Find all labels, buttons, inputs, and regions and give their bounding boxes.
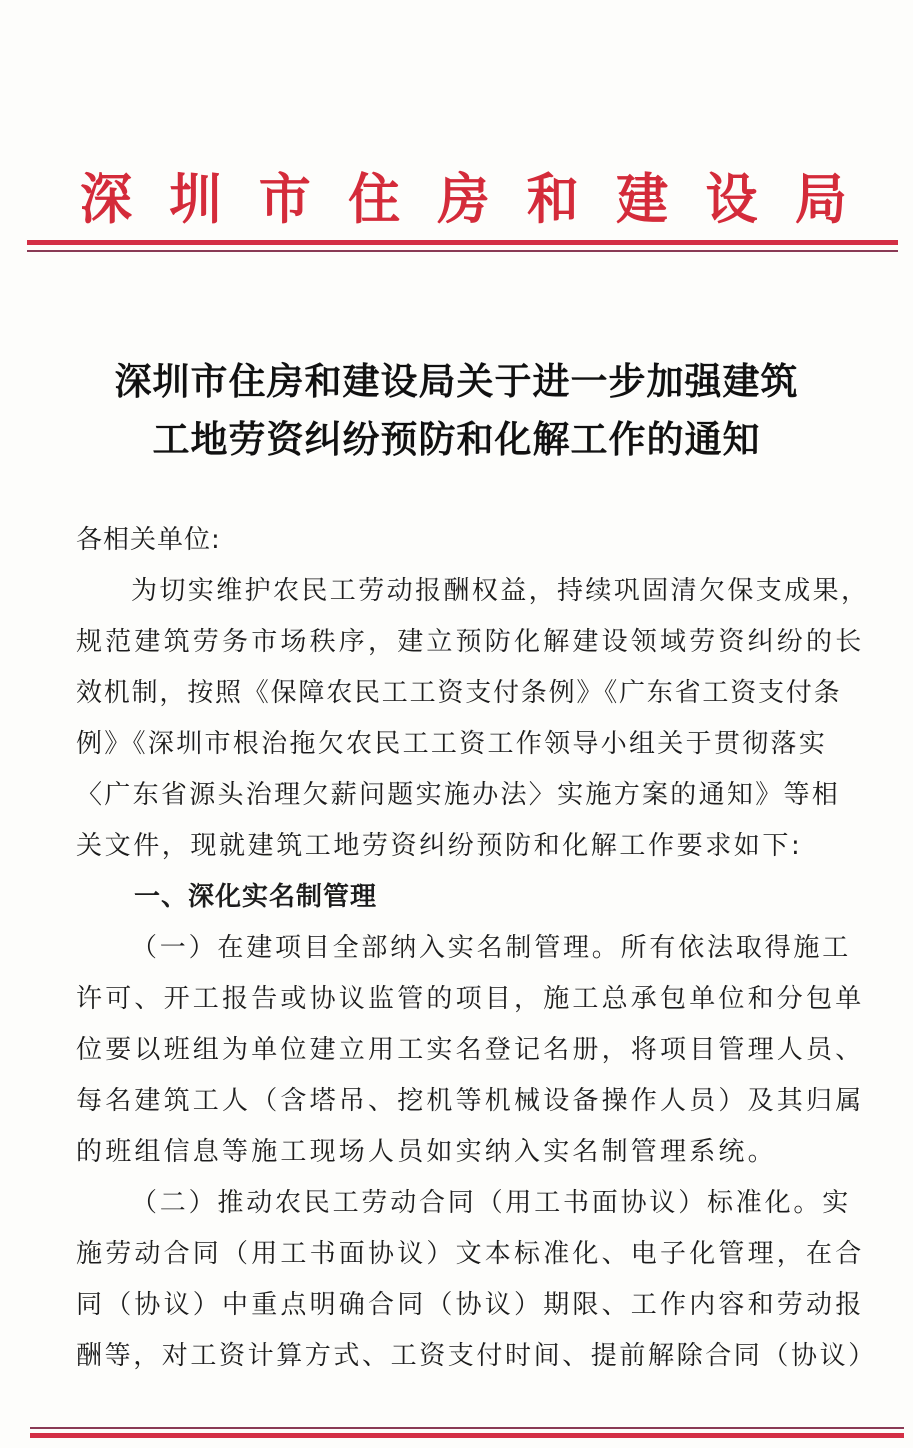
footer-rule-thin bbox=[30, 1427, 904, 1429]
item-line: 的班组信息等施工现场人员如实纳入实名制管理系统。 bbox=[76, 1127, 876, 1178]
item-line: 酬等，对工资计算方式、工资支付时间、提前解除合同（协议） bbox=[76, 1331, 876, 1382]
masthead-char: 局 bbox=[795, 173, 847, 228]
body-line: 例》《深圳市根治拖欠农民工工资工作领导小组关于贯彻落实 bbox=[76, 719, 876, 770]
footer-rule-thick bbox=[30, 1433, 904, 1438]
masthead-char: 住 bbox=[348, 173, 400, 228]
body-line: 规范建筑劳务市场秩序，建立预防化解建设领域劳资纠纷的长 bbox=[76, 617, 876, 668]
masthead-char: 建 bbox=[616, 173, 668, 228]
item-line: 许可、开工报告或协议监管的项目，施工总承包单位和分包单 bbox=[76, 974, 876, 1025]
masthead-char: 深 bbox=[80, 173, 132, 228]
masthead-char: 市 bbox=[259, 173, 311, 228]
item-line: 每名建筑工人（含塔吊、挖机等机械设备操作人员）及其归属 bbox=[76, 1076, 876, 1127]
masthead-char: 圳 bbox=[169, 173, 221, 228]
salutation: 各相关单位: bbox=[76, 515, 876, 566]
body-line: 关文件，现就建筑工地劳资纠纷预防和化解工作要求如下: bbox=[76, 821, 876, 872]
title-line-2: 工地劳资纠纷预防和化解工作的通知 bbox=[0, 410, 913, 468]
body-line: 〈广东省源头治理欠薪问题实施办法〉实施方案的通知》等相 bbox=[76, 770, 876, 821]
item-line: 同（协议）中重点明确合同（协议）期限、工作内容和劳动报 bbox=[76, 1280, 876, 1331]
document-body: 各相关单位: 为切实维护农民工劳动报酬权益，持续巩固清欠保支成果， 规范建筑劳务… bbox=[76, 515, 876, 1382]
item-line: 位要以班组为单位建立用工实名登记名册，将项目管理人员、 bbox=[76, 1025, 876, 1076]
title-line-1: 深圳市住房和建设局关于进一步加强建筑 bbox=[0, 352, 913, 410]
body-line: 为切实维护农民工劳动报酬权益，持续巩固清欠保支成果， bbox=[76, 566, 876, 617]
header-rule-thin bbox=[27, 250, 898, 252]
masthead-char: 和 bbox=[527, 173, 579, 228]
item-line: 施劳动合同（用工书面协议）文本标准化、电子化管理，在合 bbox=[76, 1229, 876, 1280]
masthead-char: 设 bbox=[706, 173, 758, 228]
body-line: 效机制，按照《保障农民工工资支付条例》《广东省工资支付条 bbox=[76, 668, 876, 719]
document-title: 深圳市住房和建设局关于进一步加强建筑 工地劳资纠纷预防和化解工作的通知 bbox=[0, 352, 913, 468]
issuer-masthead: 深 圳 市 住 房 和 建 设 局 bbox=[0, 160, 913, 240]
item-line: （二）推动农民工劳动合同（用工书面协议）标准化。实 bbox=[76, 1178, 876, 1229]
item-line: （一）在建项目全部纳入实名制管理。所有依法取得施工 bbox=[76, 923, 876, 974]
masthead-char: 房 bbox=[437, 173, 489, 228]
header-rule-thick bbox=[27, 240, 898, 245]
section-heading: 一、深化实名制管理 bbox=[76, 872, 876, 923]
